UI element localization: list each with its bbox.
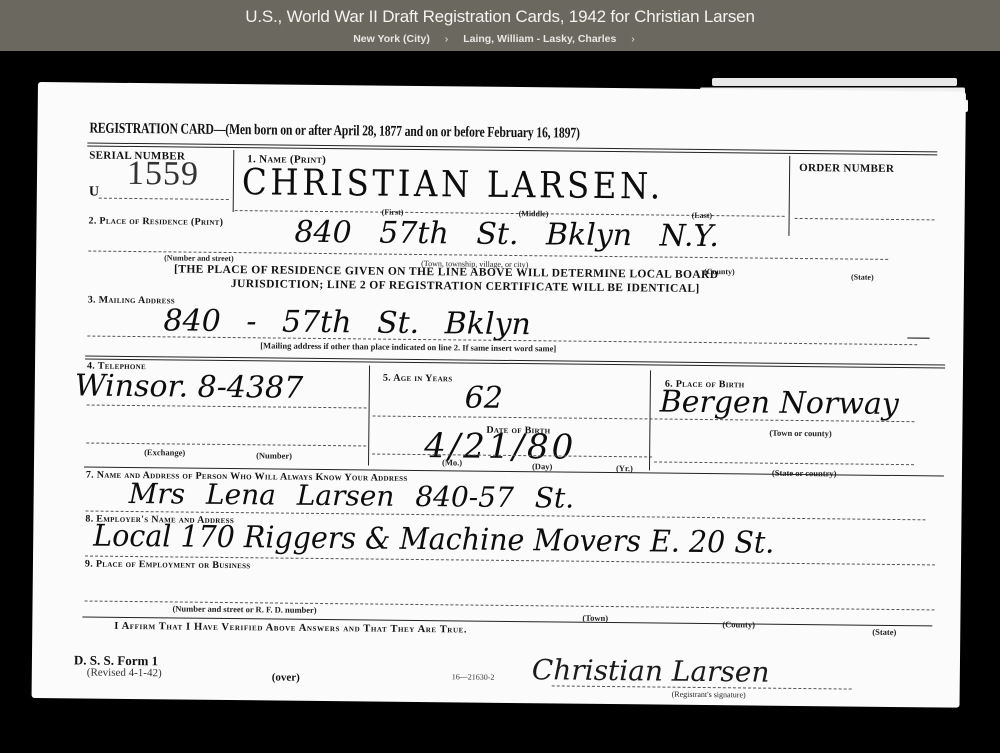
employment-state-sublabel: (State) <box>872 627 896 637</box>
breadcrumb: New York (City) › Laing, William - Lasky… <box>0 33 1000 45</box>
divider <box>86 443 366 447</box>
divider <box>87 405 367 409</box>
employer-value: Local 170 Riggers & Machine Movers E. 20… <box>93 519 774 561</box>
residence-state-sublabel: (State) <box>851 273 874 282</box>
record-header: U.S., World War II Draft Registration Ca… <box>0 0 1000 51</box>
chevron-right-icon: › <box>445 33 449 45</box>
divider <box>552 685 852 689</box>
affirmation-text: I Affirm That I Have Verified Above Answ… <box>114 621 467 636</box>
divider <box>788 156 790 236</box>
residence-label: 2. Place of Residence (Print) <box>88 216 223 228</box>
telephone-number-sublabel: (Number) <box>256 450 292 460</box>
place-of-employment-label: 9. Place of Employment or Business <box>85 559 251 572</box>
card-heading: REGISTRATION CARD—(Men born on or after … <box>89 121 579 143</box>
mailing-address-sublabel: [Mailing address if other than place ind… <box>260 340 556 353</box>
divider <box>373 416 653 420</box>
registrant-signature: Christian Larsen <box>532 653 770 688</box>
signature-sublabel: (Registrant's signature) <box>672 690 746 700</box>
divider <box>99 198 229 200</box>
breadcrumb-item-laing-lasky[interactable]: Laing, William - Lasky, Charles <box>463 33 616 45</box>
contact-person-value: Mrs Lena Larsen 840-57 St. <box>129 477 575 515</box>
divider <box>233 150 235 212</box>
birthplace-town-sublabel: (Town or county) <box>769 428 831 439</box>
order-number-label: ORDER NUMBER <box>799 162 894 175</box>
divider <box>795 218 935 220</box>
residence-value: 840 57th St. Bklyn N.Y. <box>294 215 719 254</box>
name-value: CHRISTIAN LARSEN. <box>242 162 664 207</box>
print-code: 16—21630-2 <box>452 672 495 681</box>
mailing-address-label: 3. Mailing Address <box>88 295 175 307</box>
residence-notice-line2: JURISDICTION; LINE 2 OF REGISTRATION CER… <box>231 278 700 295</box>
place-of-birth-value: Bergen Norway <box>659 385 898 423</box>
serial-prefix: U <box>89 185 99 201</box>
form-revised-date: (Revised 4-1-42) <box>87 667 162 680</box>
dob-month-sublabel: (Mo.) <box>442 457 462 467</box>
chevron-right-icon[interactable]: › <box>631 33 635 45</box>
divider <box>368 365 370 465</box>
breadcrumb-item-new-york-city[interactable]: New York (City) <box>353 33 430 45</box>
telephone-exchange-sublabel: (Exchange) <box>144 447 185 457</box>
mailing-dash: — <box>907 323 929 349</box>
divider <box>649 370 651 470</box>
card-stack-edge <box>712 78 957 86</box>
dob-day-sublabel: (Day) <box>532 461 552 471</box>
divider <box>654 461 914 465</box>
serial-number-value: 1559 <box>127 155 199 194</box>
age-value: 62 <box>465 380 504 415</box>
record-title: U.S., World War II Draft Registration Ca… <box>0 0 1000 27</box>
employment-number-sublabel: (Number and street or R. F. D. number) <box>172 603 316 615</box>
residence-number-sublabel: (Number and street) <box>164 253 234 263</box>
telephone-value: Winsor. 8-4387 <box>75 368 304 405</box>
age-label: 5. Age in Years <box>383 373 453 385</box>
over-note: (over) <box>272 671 300 683</box>
registration-card-image: REGISTRATION CARD—(Men born on or after … <box>32 82 966 708</box>
